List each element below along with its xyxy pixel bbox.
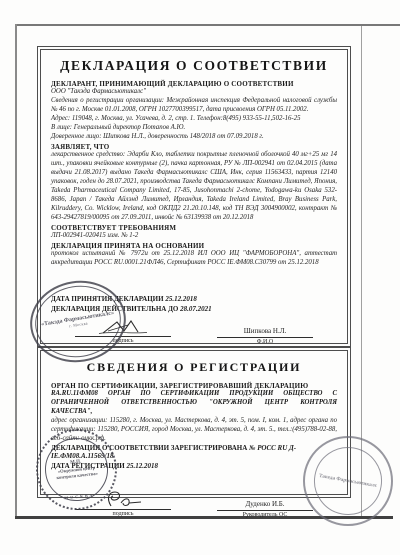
declarant-address: Адрес: 119048, г. Москва, ул. Усачева, д…	[51, 115, 337, 124]
blank-space	[51, 267, 337, 295]
registration-date-value: 25.12.2018	[126, 462, 158, 470]
declaration-box: ДЕКЛАРАЦИЯ О СООТВЕТСТВИИ ДЕКЛАРАНТ, ПРИ…	[37, 46, 351, 347]
registered-label: ДЕКЛАРАЦИЯ О СООТВЕТСТВИИ ЗАРЕГИСТРИРОВА…	[51, 444, 247, 452]
handwritten-signature-icon	[75, 492, 171, 508]
valid-until-label: ДЕКЛАРАЦИЯ ДЕЙСТВИТЕЛЬНА ДО	[51, 305, 178, 313]
role-rule	[217, 510, 313, 511]
head-of-body-column: Дуденко И.Б. Руководитель ОС	[217, 492, 313, 518]
authority-name: RA.RU.11ФМ08 ОРГАН ПО СЕРТИФИКАЦИИ ПРОДУ…	[51, 390, 337, 417]
valid-until-value: 28.07.2021	[180, 305, 212, 313]
document-title: ДЕКЛАРАЦИЯ О СООТВЕТСТВИИ	[51, 58, 337, 74]
signature-rule	[75, 336, 171, 337]
adoption-date-label: ДАТА ПРИНЯТИЯ ДЕКЛАРАЦИИ	[51, 295, 164, 303]
registered-line: ДЕКЛАРАЦИЯ О СООТВЕТСТВИИ ЗАРЕГИСТРИРОВА…	[51, 444, 337, 460]
signature-column: подпись	[75, 319, 171, 345]
registration-box-inner: СВЕДЕНИЯ О РЕГИСТРАЦИИ ОРГАН ПО СЕРТИФИК…	[40, 350, 348, 495]
authority-heading: ОРГАН ПО СЕРТИФИКАЦИИ, ЗАРЕГИСТРИРОВАВШИ…	[51, 382, 337, 390]
signature-label: подпись	[75, 511, 171, 517]
fio-rule	[217, 337, 313, 338]
valid-until-line: ДЕКЛАРАЦИЯ ДЕЙСТВИТЕЛЬНА ДО 28.07.2021	[51, 305, 337, 313]
signatory-role: Руководитель ОС	[217, 512, 313, 518]
basis-heading: ДЕКЛАРАЦИЯ ПРИНЯТА НА ОСНОВАНИИ	[51, 242, 337, 250]
blank-space	[51, 472, 337, 486]
registration-signature-row: подпись Дуденко И.Б. Руководитель ОС	[51, 492, 337, 518]
represented-by: В лице: Генеральный директор Потапов А.Ю…	[51, 124, 337, 133]
trustee-line: Доверенное лицо: Шипкова Н.Л., доверенно…	[51, 133, 337, 142]
registration-date-line: ДАТА РЕГИСТРАЦИИ 25.12.2018	[51, 462, 337, 470]
signature-column: подпись	[75, 492, 171, 518]
declaration-box-inner: ДЕКЛАРАЦИЯ О СООТВЕТСТВИИ ДЕКЛАРАНТ, ПРИ…	[40, 49, 348, 344]
scan-border-left	[15, 24, 17, 518]
product-info: лекарственное средство: Эдарби Кло, табл…	[51, 151, 337, 223]
signature-label: подпись	[75, 338, 171, 344]
signatory-name: Дуденко И.Б.	[217, 492, 313, 509]
declaration-signature-row: подпись Шипкова Н.Л. Ф.И.О	[51, 319, 337, 345]
scan-border-top	[15, 24, 400, 26]
adoption-date-line: ДАТА ПРИНЯТИЯ ДЕКЛАРАЦИИ 25.12.2018	[51, 295, 337, 303]
adoption-date-value: 25.12.2018	[165, 295, 197, 303]
handwritten-signature-icon	[75, 319, 171, 335]
registration-title: СВЕДЕНИЯ О РЕГИСТРАЦИИ	[51, 360, 337, 375]
registration-date-label: ДАТА РЕГИСТРАЦИИ	[51, 462, 125, 470]
basis-line: протокол испытаний № 7972и от 25.12.2018…	[51, 250, 337, 268]
scanned-declaration-page: { "colors": { "ink": "#1c1c1c", "border"…	[0, 0, 400, 555]
fio-label: Ф.И.О	[217, 339, 313, 345]
requirements-line: ЛП-002941-020415 изм. № 1-2	[51, 232, 337, 241]
registration-info: Сведения о регистрации организации: Межр…	[51, 97, 337, 115]
authority-address: адрес организации: 115280, г. Москва, ул…	[51, 417, 337, 444]
fio-column: Шипкова Н.Л. Ф.И.О	[217, 319, 313, 345]
scan-border-right	[361, 26, 362, 516]
declarant-heading: ДЕКЛАРАНТ, ПРИНИМАЮЩИЙ ДЕКЛАРАЦИЮ О СООТ…	[51, 80, 337, 88]
conforms-heading: СООТВЕТСТВУЕТ ТРЕБОВАНИЯМ	[51, 224, 337, 232]
declares-heading: ЗАЯВЛЯЕТ, ЧТО	[51, 143, 337, 151]
declarant-company: ООО "Такэда Фармасьютикалс"	[51, 88, 337, 97]
signatory-name: Шипкова Н.Л.	[217, 319, 313, 336]
registration-box: СВЕДЕНИЯ О РЕГИСТРАЦИИ ОРГАН ПО СЕРТИФИК…	[37, 347, 351, 498]
signature-rule	[75, 509, 171, 510]
